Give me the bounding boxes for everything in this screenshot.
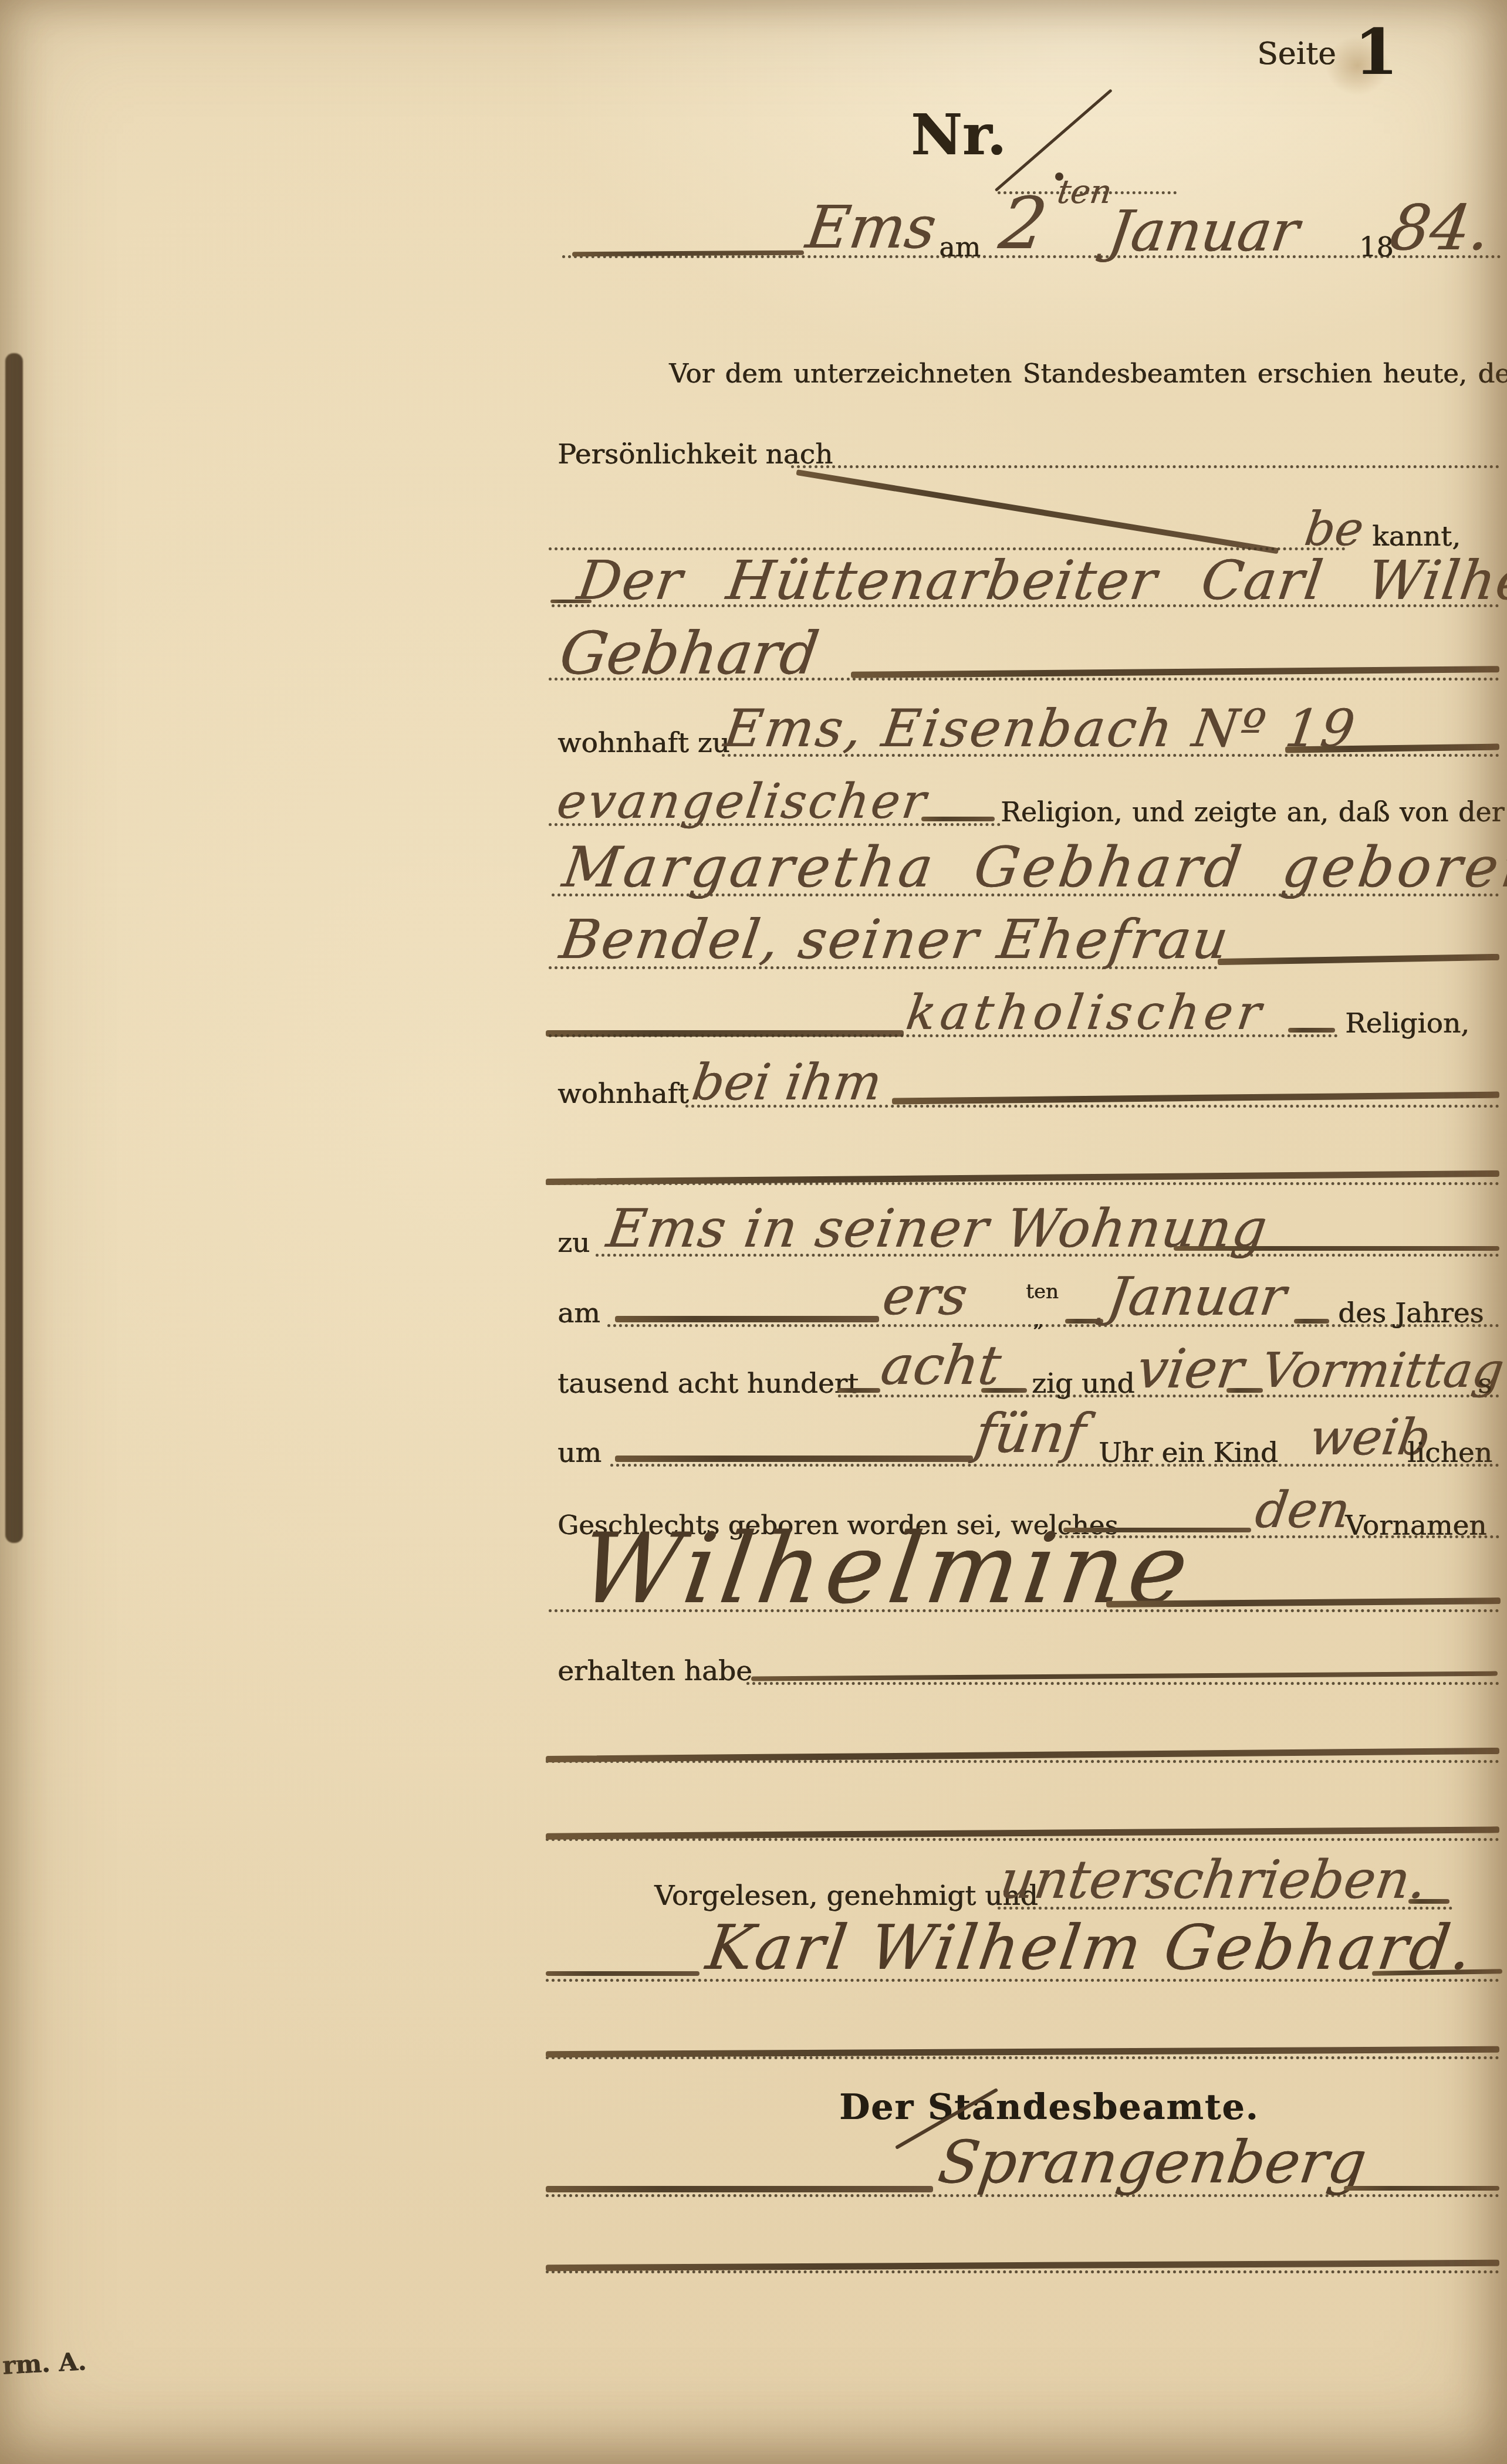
religion2-hand: katholischer [903, 989, 1268, 1037]
registrar-signature-hand: Sprangenberg [935, 2133, 1370, 2192]
birth-day-hand: ers [880, 1270, 971, 1323]
intro-line1: Vor dem unterzeichneten Standesbeamten e… [669, 360, 1507, 387]
wohnhaft-filler-stroke [892, 1092, 1499, 1105]
bekannt-print: kannt, [1372, 523, 1461, 550]
intro-line2: Persönlichkeit nach [557, 441, 833, 468]
dateline-day-hand: 2 [995, 188, 1051, 259]
wohnhaft-hand: bei ihm [689, 1058, 884, 1108]
lichen-print: lichen [1407, 1439, 1492, 1467]
declarant-filler-stroke [851, 666, 1499, 678]
uhr-print: Uhr ein Kind [1099, 1439, 1278, 1467]
unterschrieben-hand: unterschrieben. [997, 1854, 1430, 1907]
am-label: am [557, 1299, 600, 1327]
seite-label: Seite [1257, 39, 1336, 69]
address-hand: Ems, Eisenbach Nº 19 [721, 703, 1360, 754]
record-number-label: Nr. [911, 107, 1006, 163]
um-label: um [557, 1439, 602, 1467]
birthplace-hand: Ems in seiner Wohnung [604, 1203, 1271, 1255]
page-number: 1 [1354, 21, 1398, 83]
religion1-print: Religion, und zeigte an, daß von der [1001, 798, 1504, 825]
declarant-signature-lead-stroke [546, 1971, 700, 1976]
erhalten-filler-stroke [751, 1671, 1498, 1681]
zig-und-print: zig und [1032, 1370, 1134, 1397]
vornamen-print: Vornamen [1345, 1512, 1486, 1539]
bekannt-hand: be [1302, 506, 1366, 553]
empty-rule-5 [546, 2270, 1499, 2273]
declarant-line1-hand: Der Hüttenarbeiter Carl Wilhelm [575, 554, 1507, 608]
erhalten-rule [746, 1682, 1499, 1685]
den-hand: den [1252, 1485, 1353, 1535]
vorgelesen-print: Vorgelesen, genehmigt und [654, 1882, 1038, 1910]
form-note: rm. A. [2, 2349, 87, 2378]
wohnhaft-label: wohnhaft [557, 1080, 689, 1108]
year-small-stroke-1 [838, 1388, 880, 1393]
declarant-line2-hand: Gebhard [556, 624, 822, 683]
identity-rule [791, 465, 1499, 468]
birth-record-page: Seite 1 Nr. Ems am 2 ten Januar 18 84. V… [0, 0, 1507, 2464]
dateline-am-label: am [939, 233, 981, 260]
religion2-small-stroke [1288, 1028, 1335, 1033]
given-name-hand: Wilhelmine [574, 1521, 1199, 1617]
empty-stroke-5 [546, 2260, 1499, 2272]
birth-month-hand: Januar [1104, 1271, 1289, 1324]
hour-lead-stroke [615, 1456, 973, 1462]
religion1-small-stroke [921, 817, 995, 821]
dateline-place-hand: Ems [803, 198, 940, 257]
daytime-hand: Vormittag [1258, 1347, 1506, 1395]
birthday-small-stroke-1 [1065, 1319, 1103, 1324]
s-print: s [1478, 1370, 1492, 1397]
dateline-year-hand: 84. [1387, 197, 1494, 259]
year-small-stroke-3 [1226, 1388, 1263, 1393]
identity-diagonal-stroke [796, 469, 1279, 554]
registrar-title: Der Standesbeamte. [839, 2090, 1259, 2125]
registrar-signature-trail-stroke [1344, 2186, 1499, 2191]
unterschrieben-small-stroke [1408, 1899, 1449, 1904]
year-small-stroke-2 [981, 1388, 1027, 1393]
declarant-signature-hand: Karl Wilhelm Gebhard. [703, 1917, 1478, 1979]
mother-filler-stroke [1218, 954, 1499, 965]
zu-label: zu [557, 1229, 590, 1257]
des-jahres-print: des Jahres [1338, 1299, 1484, 1327]
birthplace-filler-stroke [1174, 1246, 1499, 1251]
binding-edge-bar [5, 353, 23, 1543]
wohnhaft-zu-label: wohnhaft zu [557, 729, 730, 757]
mother-line1-hand: Margaretha Gebhard geborenen [559, 840, 1507, 896]
registrar-signature-lead-stroke [546, 2186, 933, 2192]
erhalten-print: erhalten habe. [557, 1657, 761, 1685]
mother-line2-hand: Bendel, seiner Ehefrau [557, 913, 1233, 967]
birthday-small-stroke-2 [1294, 1319, 1329, 1324]
religion2-print: Religion, [1345, 1010, 1469, 1037]
decade-hand: acht [878, 1339, 1005, 1393]
dateline-month-hand: Januar [1105, 203, 1302, 259]
birthday-lead-stroke [615, 1316, 879, 1322]
religion1-hand: evangelischer [554, 778, 931, 826]
hour-hand: fünf [972, 1407, 1089, 1461]
dateline-day-suffix-hand: ten [1055, 176, 1114, 209]
tausend-print: tausend acht hundert [557, 1370, 859, 1397]
ten-mark: „ [1033, 1309, 1044, 1331]
ten-print: ten [1026, 1282, 1059, 1302]
